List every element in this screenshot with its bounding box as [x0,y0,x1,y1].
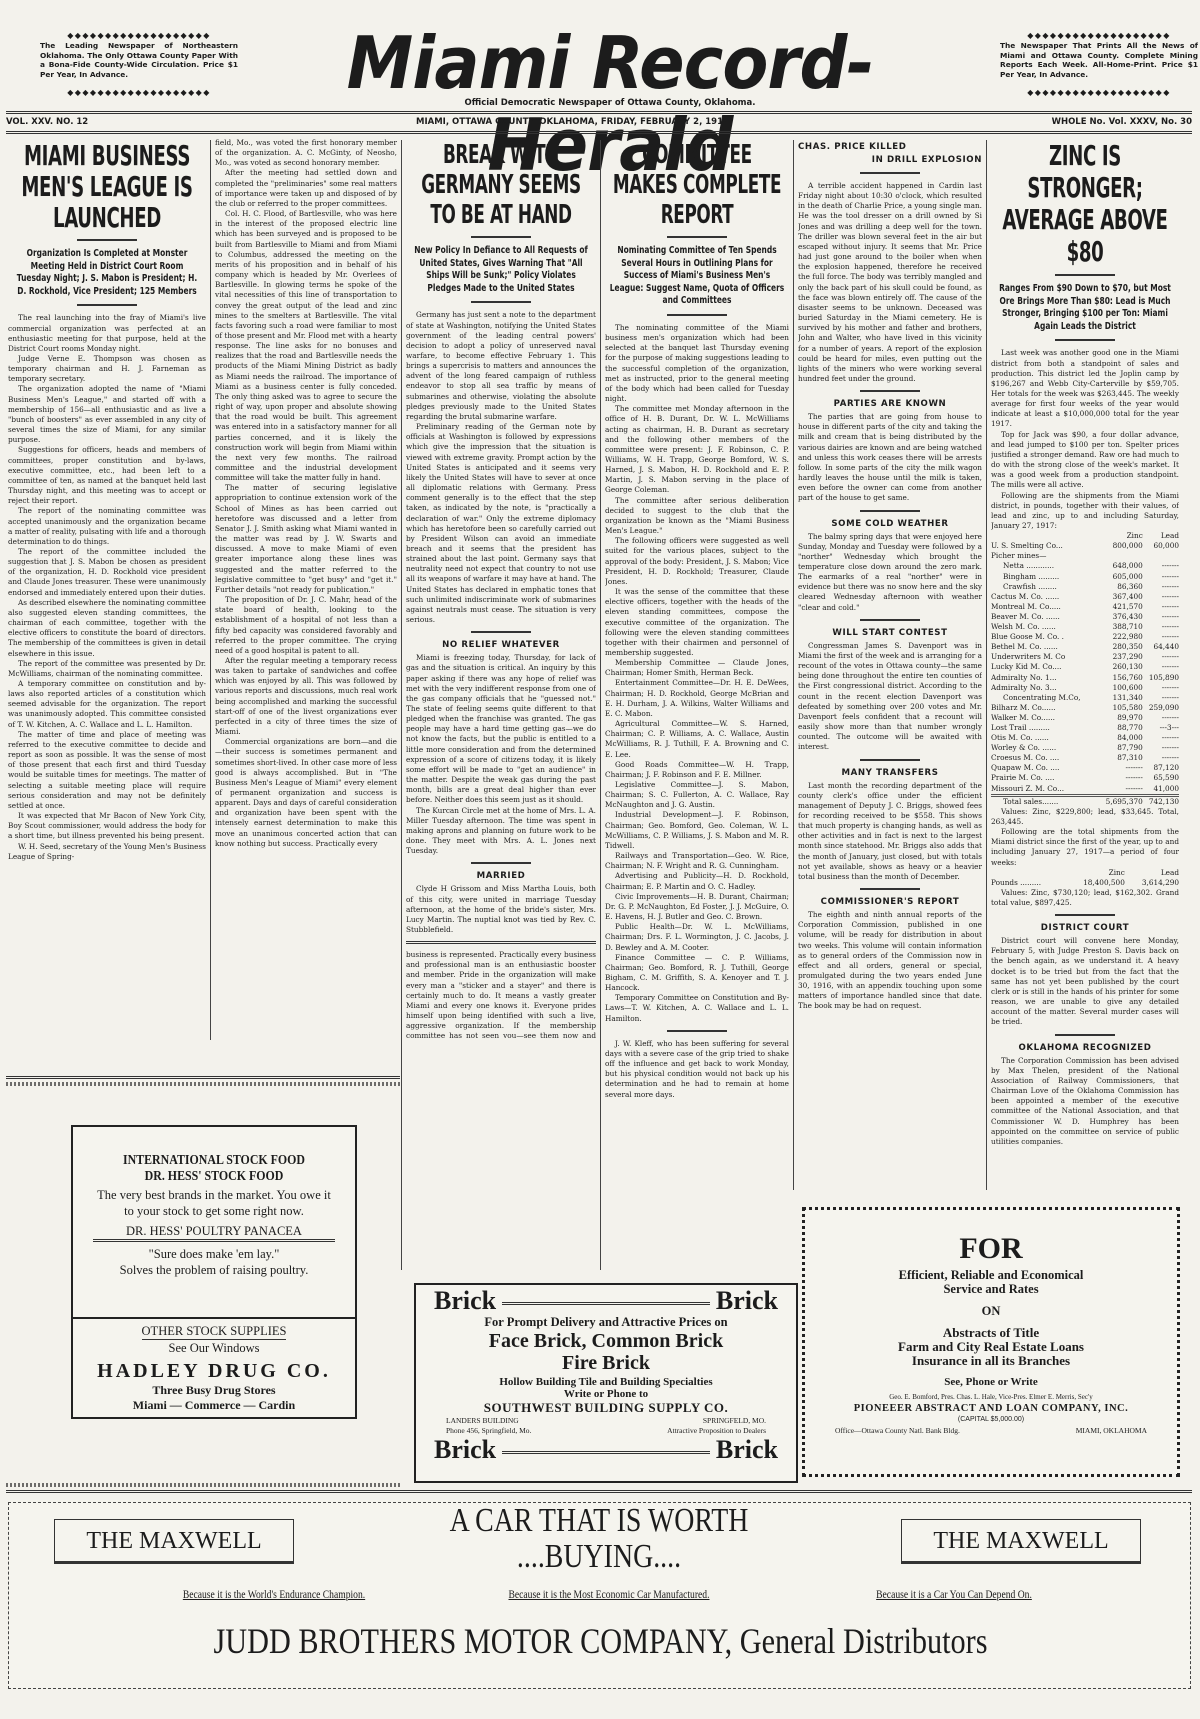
paragraph: The balmy spring days that were enjoyed … [798,532,982,613]
paragraph: Advertising and Publicity—H. D. Rockhold… [605,871,789,891]
table-row: Croesus M. Co. ....87,310------- [991,753,1179,763]
divider [860,510,920,512]
zinc-value: 100,600 [1098,683,1142,693]
paragraph: The proposition of Dr. J. C. Mahr, head … [215,595,397,656]
lead-value: 259,090 [1143,703,1179,713]
paragraph: The Kurcan Circle met at the home of Mrs… [406,806,596,857]
divider [667,1030,727,1032]
lead-value: ------- [1143,683,1179,693]
paragraph: Legislative Committee—J. S. Mabon, Chair… [605,780,789,810]
company-name: Worley & Co. ...... [991,743,1098,753]
brick-word: Brick [716,1287,778,1315]
ad-officers: Geo. E. Bomford, Pres. Chas. L. Hale, Vi… [805,1392,1177,1402]
zinc-value: ------- [1098,763,1142,773]
ad-line: Write or Phone to [416,1388,796,1400]
ad-address: Office—Ottawa County Natl. Bank Bldg. [835,1425,960,1437]
paragraph: The organization adopted the name of "Mi… [8,384,206,445]
company-name: Admiralty No. 1... [991,673,1098,683]
paragraph: Membership Committee — Claude Jones, Cha… [605,658,789,678]
lead-value: 41,000 [1143,784,1179,796]
paragraph: Commercial organizations are born—and di… [215,737,397,849]
wavy-border [6,1483,400,1487]
lead-value: ------- [1143,561,1179,571]
divider [502,1451,710,1454]
divider [1055,274,1115,276]
article-zinc: ZINC IS STRONGER; AVERAGE ABOVE $80 Rang… [991,138,1179,1188]
headline-commissioner: COMMISSIONER'S REPORT [798,897,982,908]
table-row: Welsh M. Co. ......388,710------- [991,622,1179,632]
right-ear-text: The Newspaper That Prints All the News o… [1000,34,1198,79]
ad-address-row: LANDERS BUILDINGSPRINGFELD, MO. [416,1416,796,1426]
paragraph: The Corporation Commission has been advi… [991,1056,1179,1147]
ad-hadley-drug-lower: OTHER STOCK SUPPLIES See Our Windows HAD… [71,1319,357,1419]
headline-married: MARRIED [406,871,596,882]
paragraph: The following officers were suggested as… [605,536,789,587]
zinc-value: 87,790 [1098,743,1142,753]
ad-line: Fire Brick [416,1352,796,1374]
company-name: Bethel M. Co. ...... [991,642,1098,652]
paragraph: Top for Jack was $90, a four dollar adva… [991,430,1179,491]
headline-committee: COMMITTEE MAKES COMPLETE REPORT [609,140,785,230]
zinc-value: 156,760 [1098,673,1142,683]
paragraph: It was expected that Mr Bacon of New Yor… [8,811,206,841]
column-divider [210,140,211,1040]
ad-company-name: HADLEY DRUG CO. [73,1359,355,1383]
zinc-value [1098,551,1142,561]
divider [77,304,137,306]
zinc-value: 388,710 [1098,622,1142,632]
divider [860,888,920,890]
company-name: Lucky Kid M. Co.... [991,662,1098,672]
divider [667,314,727,316]
company-name: Quapaw M. Co. .... [991,763,1098,773]
table-row: Admiralty No. 1...156,760105,890 [991,673,1179,683]
ad-line: INTERNATIONAL STOCK FOOD [94,1153,334,1169]
lead-value: ------- [1143,713,1179,723]
lead-value: ------- [1143,753,1179,763]
paragraph: Last week was another good one in the Mi… [991,348,1179,429]
column-local-news: CHAS. PRICE KILLED IN DRILL EXPLOSION A … [798,138,982,1188]
total-label: Total sales....... [991,795,1098,807]
paragraph: Good Roads Committee—W. H. Trapp, Chairm… [605,760,789,780]
divider [860,172,920,174]
headline-no-relief: NO RELIEF WHATEVER [406,640,596,651]
zinc-value: 105,580 [1098,703,1142,713]
ad-reason: Because it is the Most Economic Car Manu… [473,1587,745,1602]
brick-word: Brick [716,1436,778,1464]
article-league-col1: MIAMI BUSINESS MEN'S LEAGUE IS LAUNCHED … [8,138,206,1038]
lead-value: ------- [1143,662,1179,672]
paragraph: Following are the total shipments from t… [991,827,1179,868]
headline-price-2: IN DRILL EXPLOSION [798,155,982,166]
ad-body: The very best brands in the market. You … [73,1185,355,1219]
table-row: Bethel M. Co. ......280,35064,440 [991,642,1179,652]
deck-germany: New Policy In Defiance to All Requests o… [411,245,590,295]
column-divider [793,140,794,1190]
table-row: Picher mines— [991,551,1179,561]
ad-reason: Because it is a Car You Can Depend On. [818,1587,1090,1602]
paragraph: The matter of time and place of meeting … [8,730,206,811]
company-name: Prairie M. Co. .... [991,773,1098,783]
publication-date: MIAMI, OTTAWA COUNTY, OKLAHOMA, FRIDAY, … [416,117,732,127]
article-germany: BREAK WITH GERMANY SEEMS TO BE AT HAND N… [406,138,596,1038]
lead-value: ------- [1143,733,1179,743]
paragraph: Miami is freezing today, Thursday, for l… [406,653,596,805]
divider [502,1302,710,1305]
ad-line: OTHER STOCK SUPPLIES [142,1323,287,1340]
left-ear-box: The Leading Newspaper of Northeastern Ok… [30,34,248,94]
table-row: Crawfish ........86,360------- [991,582,1179,592]
company-name: Picher mines— [991,551,1098,561]
zinc-value: 89,970 [1098,713,1142,723]
paragraph: Public Health—Dr. W. L. McWilliams, Chai… [605,922,789,952]
maxwell-brand-box: THE MAXWELL [54,1519,294,1564]
paragraph: Values: Zinc, $730,120; lead, $162,302. … [991,888,1179,908]
deck-league: Organization Is Completed at Monster Mee… [14,248,200,298]
zinc-value: 222,980 [1098,632,1142,642]
lead-value: ------- [1143,693,1179,703]
deck-zinc: Ranges From $90 Down to $70, but Most Or… [996,283,1174,333]
headline-cold-weather: SOME COLD WEATHER [798,519,982,530]
ad-line: Insurance in all its Branches [805,1354,1177,1368]
ad-line: See Our Windows [73,1340,355,1356]
company-name: Otis M. Co. ...... [991,733,1098,743]
table-row: Lucky Kid M. Co....260,130------- [991,662,1179,672]
ad-line: Solves the problem of raising poultry. [73,1262,355,1278]
paragraph: The committee met Monday afternoon in th… [605,404,789,495]
table-row: Bilharz M. Co......105,580259,090 [991,703,1179,713]
divider [667,236,727,238]
paragraph: Clyde H Grissom and Miss Martha Louis, b… [406,884,596,935]
paragraph: Congressman James S. Davenport was in Mi… [798,641,982,753]
paragraph: The eighth and ninth annual reports of t… [798,910,982,1012]
divider [406,941,596,944]
divider [471,631,531,633]
zinc-value: 84,000 [1098,733,1142,743]
company-name: Croesus M. Co. .... [991,753,1098,763]
lead-value: ------- [1143,572,1179,582]
ad-company-name: PIONEEER ABSTRACT AND LOAN COMPANY, INC. [805,1402,1177,1415]
headline-transfers: MANY TRANSFERS [798,768,982,779]
zinc-value: 18,400,500 [1064,878,1125,888]
newspaper-subtitle: Official Democratic Newspaper of Ottawa … [265,98,955,108]
company-name: Netta ............ [991,561,1098,571]
ad-company-name: SOUTHWEST BUILDING SUPPLY CO. [416,1400,796,1416]
paragraph: Agricultural Committee—W. S. Harned, Cha… [605,719,789,760]
paragraph: field, Mo., was voted the first honorary… [215,138,397,168]
column-header-lead: Lead [1143,531,1179,541]
ad-line: Service and Rates [805,1282,1177,1296]
zinc-value: 605,000 [1098,572,1142,582]
company-name: Bilharz M. Co...... [991,703,1098,713]
ad-line: DR. HESS' POULTRY PANACEA [93,1223,335,1242]
paragraph: W. H. Seed, secretary of the Young Men's… [8,842,206,862]
ad-city: MIAMI, OKLAHOMA [1076,1425,1147,1437]
paragraph: Temporary Committee on Constitution and … [605,993,789,1023]
lead-value: 60,000 [1143,541,1179,551]
table-row: Otis M. Co. ......84,000------- [991,733,1179,743]
ad-city: SPRINGFELD, MO. [703,1416,766,1426]
company-name: Lost Trail ......... [991,723,1098,733]
divider [471,236,531,238]
column-header-zinc: Zinc [1098,531,1142,541]
paragraph: Col. H. C. Flood, of Bartlesville, who w… [215,209,397,483]
lead-value: ------- [1143,743,1179,753]
column-divider [986,140,987,1190]
brick-word: Brick [434,1436,496,1464]
paragraph: Finance Committee — C. P. Williams, Chai… [605,953,789,994]
lead-value: ------- [1143,612,1179,622]
zinc-value: 237,290 [1098,652,1142,662]
masthead-rule-bottom [6,131,1192,134]
lead-value: 65,590 [1143,773,1179,783]
zinc-value: 88,770 [1098,723,1142,733]
zinc-value: 800,000 [1098,541,1142,551]
zinc-value: 376,430 [1098,612,1142,622]
ad-line: Face Brick, Common Brick [416,1330,796,1352]
zinc-value: 648,000 [1098,561,1142,571]
ad-office-row: Office—Ottawa County Natl. Bank Bldg.MIA… [805,1425,1177,1437]
paragraph: After the meeting had settled down and c… [215,168,397,209]
paragraph: The real launching into the fray of Miam… [8,313,206,354]
lead-value: ------- [1143,652,1179,662]
headline-zinc: ZINC IS STRONGER; AVERAGE ABOVE $80 [996,140,1175,268]
paragraph: After the regular meeting a temporary re… [215,656,397,737]
zinc-value: ------- [1098,784,1142,796]
lead-value: ------- [1143,582,1179,592]
shipments-table: ZincLead U. S. Smelting Co...800,00060,0… [991,531,1179,807]
ad-line: DR. HESS' STOCK FOOD [94,1169,334,1185]
brick-word: Brick [434,1287,496,1315]
table-header-row: ZincLead [991,868,1179,878]
ad-line: Abstracts of Title [805,1326,1177,1340]
lead-value: 3,614,290 [1125,878,1179,888]
ad-headline: A CAR THAT IS WORTH [353,1503,845,1539]
ad-section-rule [6,1490,1192,1493]
paragraph: It was the sense of the committee that t… [605,587,789,658]
divider [1055,1034,1115,1036]
ad-hadley-drug: INTERNATIONAL STOCK FOOD DR. HESS' STOCK… [71,1125,357,1319]
divider [860,619,920,621]
table-row: Quapaw M. Co. ....-------87,120 [991,763,1179,773]
headline-price-1: CHAS. PRICE KILLED [798,142,982,153]
paragraph: The parties that are going from house to… [798,412,982,503]
total-lead: 742,130 [1143,795,1179,807]
lead-value: ---3--- [1143,723,1179,733]
company-name: Beaver M. Co. ...... [991,612,1098,622]
maxwell-brand-box: THE MAXWELL [901,1519,1141,1564]
table-row: Montreal M. Co.....421,570------- [991,602,1179,612]
paragraph: The matter of securing legislative appro… [215,483,397,595]
company-name: Blue Goose M. Co. . [991,632,1098,642]
paragraph: The report of the committee included the… [8,547,206,598]
ad-capital: (CAPITAL $5,000.00) [805,1415,1177,1425]
ad-maxwell: THE MAXWELL A CAR THAT IS WORTH ....BUYI… [8,1502,1191,1689]
paragraph: The committee after serious deliberation… [605,496,789,537]
ad-line: Three Busy Drug Stores [73,1383,355,1397]
divider [860,390,920,392]
left-ear-text: The Leading Newspaper of Northeastern Ok… [40,34,238,79]
ad-headline: ....BUYING.... [353,1539,845,1575]
paragraph: The nominating committee of the Miami bu… [605,323,789,404]
masthead-rule-top [6,111,1192,114]
column-divider [401,140,402,1270]
column-divider [600,140,601,1270]
ad-pioneer-abstract: FOR Efficient, Reliable and Economical S… [802,1207,1180,1477]
table-row: Bingham .........605,000------- [991,572,1179,582]
paragraph: Values: Zinc, $229,800; lead, $33,645. T… [991,807,1179,827]
headline-oklahoma: OKLAHOMA RECOGNIZED [991,1043,1179,1054]
zinc-value: 280,350 [1098,642,1142,652]
paragraph: Civic Improvements—H. B. Durant, Chairma… [605,892,789,922]
paragraph: Suggestions for officers, heads and memb… [8,445,206,506]
paragraph: District court will convene here Monday,… [991,936,1179,1027]
headline-league: MIAMI BUSINESS MEN'S LEAGUE IS LAUNCHED [14,140,200,233]
whole-number: WHOLE No. Vol. XXXV, No. 30 [1052,117,1192,127]
volume-number: VOL. XXV. NO. 12 [6,117,88,127]
company-name: Bingham ......... [991,572,1098,582]
paragraph: J. W. Kleff, who has been suffering for … [605,1039,789,1100]
table-row: Lost Trail .........88,770---3--- [991,723,1179,733]
divider [1055,914,1115,916]
table-row: Underwriters M. Co237,290------- [991,652,1179,662]
total-zinc: 5,695,370 [1098,795,1142,807]
zinc-value: 421,570 [1098,602,1142,612]
lead-value: ------- [1143,602,1179,612]
period-totals-table: ZincLead Pounds .........18,400,5003,614… [991,868,1179,888]
divider [1055,339,1115,341]
table-row: Concentrating M.Co,131,340------- [991,693,1179,703]
ad-brick: Brick Brick For Prompt Delivery and Attr… [414,1283,798,1483]
article-committee: COMMITTEE MAKES COMPLETE REPORT Nominati… [605,138,789,1268]
wavy-border [6,1082,400,1086]
company-name: Admiralty No. 3... [991,683,1098,693]
paragraph: Entertainment Committee—Dr. H. E. DeWees… [605,678,789,719]
headline-district-court: DISTRICT COURT [991,923,1179,934]
lead-value: 64,440 [1143,642,1179,652]
company-name: Crawfish ........ [991,582,1098,592]
paragraph: As described elsewhere the nominating co… [8,598,206,659]
table-row: U. S. Smelting Co...800,00060,000 [991,541,1179,551]
right-ear-box: The Newspaper That Prints All the News o… [990,34,1200,94]
company-name: Underwriters M. Co [991,652,1098,662]
lead-value [1143,551,1179,561]
ad-brick-bottom: Brick Brick [416,1436,796,1464]
column-header-lead: Lead [1125,868,1179,878]
ad-line: FOR [805,1234,1177,1264]
zinc-value: ------- [1098,773,1142,783]
table-row: Walker M. Co......89,970------- [991,713,1179,723]
company-name: U. S. Smelting Co... [991,541,1098,551]
company-name: Montreal M. Co..... [991,602,1098,612]
table-total-row: Total sales.......5,695,370742,130 [991,795,1179,807]
zinc-value: 131,340 [1098,693,1142,703]
column-header-zinc: Zinc [1064,868,1125,878]
divider [860,759,920,761]
lead-value: ------- [1143,592,1179,602]
divider [471,301,531,303]
paragraph: Railways and Transportation—Geo. W. Rice… [605,851,789,871]
zinc-value: 86,360 [1098,582,1142,592]
table-row: Beaver M. Co. ......376,430------- [991,612,1179,622]
paragraph: A temporary committee on constitution an… [8,679,206,730]
paragraph: Last month the recording department of t… [798,781,982,883]
ad-quote: "Sure does make 'em lay." [73,1246,355,1262]
table-row: Netta ............648,000------- [991,561,1179,571]
lead-value: ------- [1143,622,1179,632]
table-row: Blue Goose M. Co. .222,980------- [991,632,1179,642]
ad-section-rule [6,1076,400,1079]
table-row: Missouri Z. M. Co...-------41,000 [991,784,1179,796]
paragraph: Germany has just sent a note to the depa… [406,310,596,422]
table-row: Admiralty No. 3...100,600------- [991,683,1179,693]
article-league-col2: field, Mo., was voted the first honorary… [215,138,397,1038]
paragraph: The report of the committee was presente… [8,659,206,679]
company-name: Concentrating M.Co, [991,693,1098,703]
table-header-row: ZincLead [991,531,1179,541]
ad-dealer: JUDD BROTHERS MOTOR COMPANY, General Dis… [104,1621,1098,1661]
company-name: Missouri Z. M. Co... [991,784,1098,796]
lead-value: ------- [1143,632,1179,642]
divider [77,239,137,241]
paragraph: Preliminary reading of the German note b… [406,422,596,625]
ad-line: See, Phone or Write [805,1375,1177,1389]
ad-line: Farm and City Real Estate Loans [805,1340,1177,1354]
table-row: Worley & Co. ......87,790------- [991,743,1179,753]
paragraph: Following are the shipments from the Mia… [991,491,1179,532]
ad-brick-top: Brick Brick [416,1285,796,1315]
lead-value: 105,890 [1143,673,1179,683]
paragraph: A terrible accident happened in Cardin l… [798,181,982,384]
ad-line: For Prompt Delivery and Attractive Price… [416,1315,796,1330]
headline-contest: WILL START CONTEST [798,628,982,639]
table-row: Cactus M. Co. ......367,400------- [991,592,1179,602]
ad-line: ON [805,1304,1177,1318]
paragraph: Industrial Development—J. F. Robinson, C… [605,810,789,851]
ad-reason: Because it is the World's Endurance Cham… [138,1587,410,1602]
headline-germany: BREAK WITH GERMANY SEEMS TO BE AT HAND [411,140,591,230]
zinc-value: 367,400 [1098,592,1142,602]
headline-parties: PARTIES ARE KNOWN [798,399,982,410]
pounds-label: Pounds ......... [991,878,1064,888]
deck-committee: Nominating Committee of Ten Spends Sever… [610,245,785,308]
company-name: Cactus M. Co. ...... [991,592,1098,602]
paragraph: business is represented. Practically eve… [406,950,596,1038]
paragraph: Judge Verne E. Thompson was chosen as te… [8,354,206,384]
lead-value: 87,120 [1143,763,1179,773]
ad-line: Miami — Commerce — Cardin [73,1397,355,1413]
zinc-value: 260,130 [1098,662,1142,672]
dateline-bar: VOL. XXV. NO. 12 MIAMI, OTTAWA COUNTY, O… [6,116,1192,130]
newspaper-page: The Leading Newspaper of Northeastern Ok… [0,0,1200,1719]
ad-address: LANDERS BUILDING [446,1416,519,1426]
company-name: Welsh M. Co. ...... [991,622,1098,632]
company-name: Walker M. Co...... [991,713,1098,723]
zinc-value: 87,310 [1098,753,1142,763]
table-row: Prairie M. Co. ....-------65,590 [991,773,1179,783]
ad-line: Efficient, Reliable and Economical [805,1268,1177,1282]
paragraph: The report of the nominating committee w… [8,506,206,547]
table-row: Pounds .........18,400,5003,614,290 [991,878,1179,888]
divider [471,862,531,864]
ad-line: Hollow Building Tile and Building Specia… [416,1376,796,1388]
